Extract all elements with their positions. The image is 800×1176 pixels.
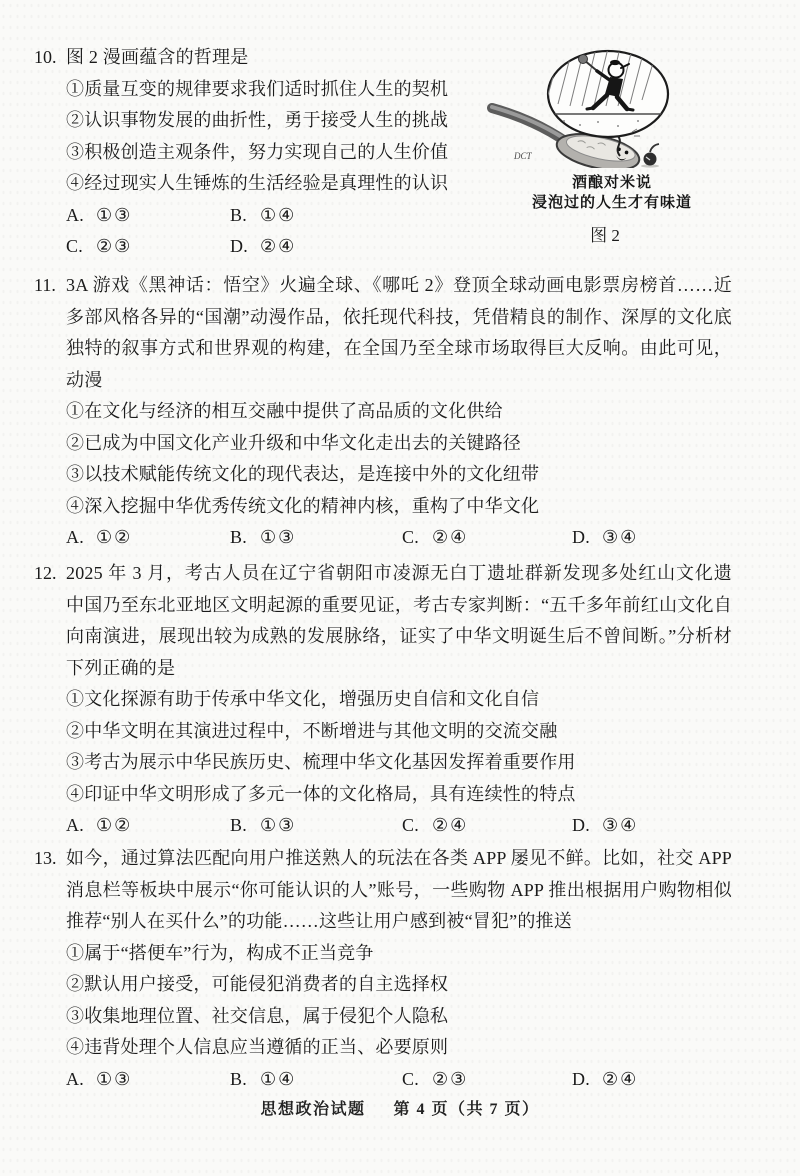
- q12-statement-4: ④印证中华文明形成了多元一体的文化格局，具有连续性的特点: [66, 779, 732, 811]
- exam-page: 10. 图 2 漫画蕴含的哲理是 ①质量互变的规律要求我们适时抓住人生的契机 ②…: [0, 0, 800, 1176]
- question-12: 12. 2025 年 3 月，考古人员在辽宁省朝阳市凌源无白丁遗址群新发现多处红…: [34, 558, 766, 842]
- figure-caption-line-1: 酒酿对米说: [480, 173, 744, 193]
- q13-statement-4: ④违背处理个人信息应当遵循的正当、必要原则: [66, 1032, 732, 1064]
- question-12-number: 12.: [34, 558, 66, 590]
- q12-choice-c: C. ②④: [402, 810, 572, 842]
- q10-choice-a: A. ①③: [66, 200, 230, 232]
- comic-illustration: DCT: [480, 40, 760, 168]
- q13-stem-line-3: 推荐“别人在买什么”的功能……这些让用户感到被“冒犯”的推送: [66, 906, 732, 938]
- question-11-number: 11.: [34, 270, 66, 302]
- question-13: 13. 如今，通过算法匹配向用户推送熟人的玩法在各类 APP 屡见不鲜。比如，社…: [34, 843, 766, 1095]
- question-10-number: 10.: [34, 42, 66, 74]
- q12-choice-a: A. ①②: [66, 810, 230, 842]
- q13-choices-row: A. ①③ B. ①④ C. ②③ D. ②④: [66, 1064, 732, 1096]
- q10-choice-d: D. ②④: [230, 231, 296, 263]
- footer-exam-title: 思想政治试题: [260, 1101, 365, 1118]
- q12-choice-d: D. ③④: [572, 810, 638, 842]
- seed-figure: [641, 144, 659, 168]
- q11-choice-c: C. ②④: [402, 522, 572, 554]
- q13-stem-line-2: 消息栏等板块中展示“你可能认识的人”账号，一些购物 APP 推出根据用户购物相似…: [66, 875, 732, 907]
- artist-signature: DCT: [513, 151, 533, 161]
- q11-stem-line-2: 多部风格各异的“国潮”动漫作品，依托现代科技，凭借精良的制作、深厚的文化底蕴、: [66, 302, 732, 334]
- q13-choice-b: B. ①④: [230, 1064, 402, 1096]
- q11-stem-line-4: 动漫: [66, 365, 732, 397]
- q12-stem-line-1: 2025 年 3 月，考古人员在辽宁省朝阳市凌源无白丁遗址群新发现多处红山文化遗…: [66, 558, 732, 590]
- question-13-number: 13.: [34, 843, 66, 875]
- q11-choice-b: B. ①③: [230, 522, 402, 554]
- figure-2: DCT 酒酿对米说 浸泡过的人生才有味道 图 2: [480, 40, 760, 246]
- question-11: 11. 3A 游戏《黑神话：悟空》火遍全球、《哪吒 2》登顶全球动画电影票房榜首…: [34, 270, 766, 554]
- q13-choice-a: A. ①③: [66, 1064, 230, 1096]
- q11-statement-2: ②已成为中国文化产业升级和中华文化走出去的关键路径: [66, 428, 732, 460]
- q10-choice-b: B. ①④: [230, 200, 296, 232]
- q13-statement-1: ①属于“搭便车”行为，构成不正当竞争: [66, 938, 732, 970]
- q12-stem-line-3: 向南演进，展现出较为成熟的发展脉络，证实了中华文明诞生后不曾间断。”分析材料，: [66, 621, 732, 653]
- q12-statement-2: ②中华文明在其演进过程中，不断增进与其他文明的交流交融: [66, 716, 732, 748]
- q13-choice-c: C. ②③: [402, 1064, 572, 1096]
- q11-stem-line-1: 3A 游戏《黑神话：悟空》火遍全球、《哪吒 2》登顶全球动画电影票房榜首……近年…: [66, 270, 732, 302]
- q11-stem-line-3: 独特的叙事方式和世界观的构建，在全国乃至全球市场取得巨大反响。由此可见，中国: [66, 333, 732, 365]
- figure-caption-line-2: 浸泡过的人生才有味道: [480, 193, 744, 213]
- page-footer: 思想政治试题第 4 页（共 7 页）: [0, 1096, 800, 1119]
- q11-choice-d: D. ③④: [572, 522, 638, 554]
- figure-label: 图 2: [480, 221, 730, 246]
- q12-stem-line-2: 中国乃至东北亚地区文明起源的重要见证，考古专家判断：“五千多年前红山文化自北: [66, 590, 732, 622]
- q12-stem-line-4: 下列正确的是: [66, 653, 732, 685]
- q13-statement-3: ③收集地理位置、社交信息，属于侵犯个人隐私: [66, 1001, 732, 1033]
- q11-statement-4: ④深入挖掘中华优秀传统文化的精神内核，重构了中华文化: [66, 491, 732, 523]
- q11-statement-1: ①在文化与经济的相互交融中提供了高品质的文化供给: [66, 396, 732, 428]
- q11-choices-row: A. ①② B. ①③ C. ②④ D. ③④: [66, 522, 732, 554]
- q12-statement-3: ③考古为展示中华民族历史、梳理中华文化基因发挥着重要作用: [66, 747, 732, 779]
- q12-choices-row: A. ①② B. ①③ C. ②④ D. ③④: [66, 810, 732, 842]
- q11-statement-3: ③以技术赋能传统文化的现代表达，是连接中外的文化纽带: [66, 459, 732, 491]
- q13-choice-d: D. ②④: [572, 1064, 638, 1096]
- q13-stem-line-1: 如今，通过算法匹配向用户推送熟人的玩法在各类 APP 屡见不鲜。比如，社交 AP…: [66, 843, 732, 875]
- q10-choice-c: C. ②③: [66, 231, 230, 263]
- q12-statement-1: ①文化探源有助于传承中华文化，增强历史自信和文化自信: [66, 684, 732, 716]
- q11-choice-a: A. ①②: [66, 522, 230, 554]
- footer-page-number: 第 4 页（共 7 页）: [394, 1101, 540, 1118]
- q12-choice-b: B. ①③: [230, 810, 402, 842]
- q13-statement-2: ②默认用户接受，可能侵犯消费者的自主选择权: [66, 969, 732, 1001]
